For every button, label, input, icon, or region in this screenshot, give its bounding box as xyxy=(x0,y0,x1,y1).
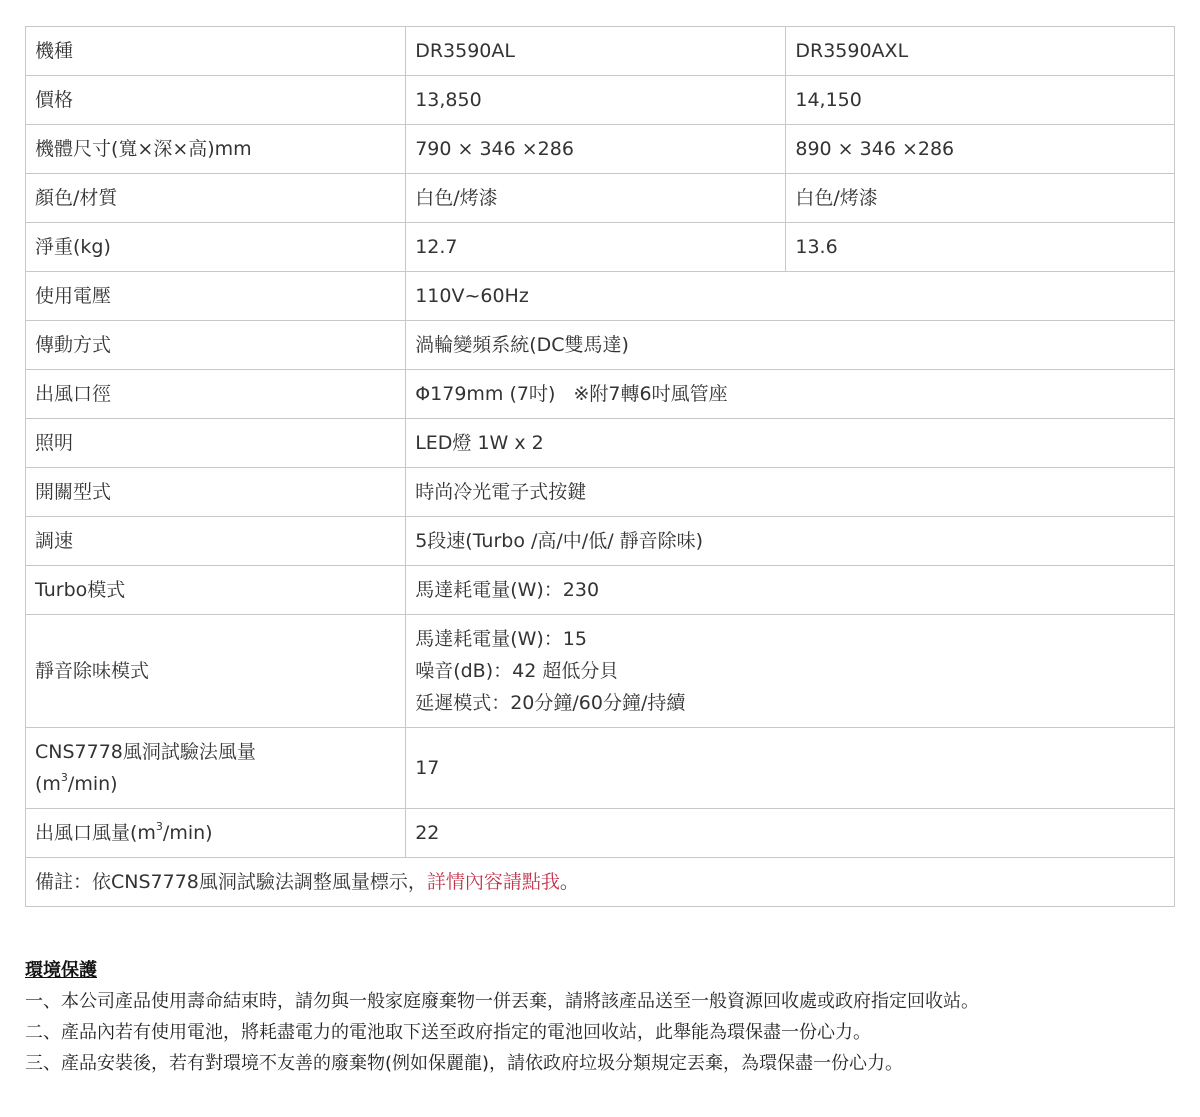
row-label: CNS7778風洞試驗法風量 (m3/min) xyxy=(26,728,406,809)
label-post: /min) xyxy=(163,822,213,844)
row-label: 開關型式 xyxy=(26,468,406,517)
price-1: 13,850 xyxy=(406,76,786,125)
outlet-diameter-value: Φ179mm (7吋) ※附7轉6吋風管座 xyxy=(406,370,1175,419)
row-turbo-mode: Turbo模式 馬達耗電量(W)：230 xyxy=(26,566,1175,615)
dimensions-1: 790 × 346 ×286 xyxy=(406,125,786,174)
row-label: 靜音除味模式 xyxy=(26,615,406,728)
model-1: DR3590AL xyxy=(406,27,786,76)
environment-section: 環境保護 一、本公司產品使用壽命結束時，請勿與一般家庭廢棄物一併丟棄，請將該產品… xyxy=(25,955,979,1079)
row-label: 淨重(kg) xyxy=(26,223,406,272)
silent-mode-value: 馬達耗電量(W)：15 噪音(dB)：42 超低分貝 延遲模式：20分鐘/60分… xyxy=(406,615,1175,728)
row-model: 機種 DR3590AL DR3590AXL xyxy=(26,27,1175,76)
unit-sup: 3 xyxy=(61,771,68,784)
row-drive: 傳動方式 渦輪變頻系統(DC雙馬達) xyxy=(26,321,1175,370)
row-note: 備註：依CNS7778風洞試驗法調整風量標示，詳情內容請點我。 xyxy=(26,858,1175,907)
silent-mode-line: 馬達耗電量(W)：15 xyxy=(415,623,1165,655)
row-price: 價格 13,850 14,150 xyxy=(26,76,1175,125)
unit-post: /min) xyxy=(68,773,118,795)
row-label: 出風口徑 xyxy=(26,370,406,419)
outlet-airflow-value: 22 xyxy=(406,809,1175,858)
row-label: 顏色/材質 xyxy=(26,174,406,223)
note-text: 備註：依CNS7778風洞試驗法調整風量標示， xyxy=(35,871,427,893)
note-cell: 備註：依CNS7778風洞試驗法調整風量標示，詳情內容請點我。 xyxy=(26,858,1175,907)
row-speed: 調速 5段速(Turbo /高/中/低/ 靜音除味) xyxy=(26,517,1175,566)
row-voltage: 使用電壓 110V~60Hz xyxy=(26,272,1175,321)
row-lighting: 照明 LED燈 1W x 2 xyxy=(26,419,1175,468)
model-2: DR3590AXL xyxy=(786,27,1175,76)
lighting-value: LED燈 1W x 2 xyxy=(406,419,1175,468)
row-label: 使用電壓 xyxy=(26,272,406,321)
row-silent-mode: 靜音除味模式 馬達耗電量(W)：15 噪音(dB)：42 超低分貝 延遲模式：2… xyxy=(26,615,1175,728)
speed-value: 5段速(Turbo /高/中/低/ 靜音除味) xyxy=(406,517,1175,566)
silent-mode-line: 噪音(dB)：42 超低分貝 xyxy=(415,655,1165,687)
turbo-mode-value: 馬達耗電量(W)：230 xyxy=(406,566,1175,615)
net-weight-1: 12.7 xyxy=(406,223,786,272)
row-label: 傳動方式 xyxy=(26,321,406,370)
row-label: 照明 xyxy=(26,419,406,468)
silent-mode-line: 延遲模式：20分鐘/60分鐘/持續 xyxy=(415,687,1165,719)
row-net-weight: 淨重(kg) 12.7 13.6 xyxy=(26,223,1175,272)
cns-airflow-value: 17 xyxy=(406,728,1175,809)
row-label: 價格 xyxy=(26,76,406,125)
row-color-material: 顏色/材質 白色/烤漆 白色/烤漆 xyxy=(26,174,1175,223)
environment-title: 環境保護 xyxy=(25,955,979,986)
environment-line: 二、產品內若有使用電池，將耗盡電力的電池取下送至政府指定的電池回收站，此舉能為環… xyxy=(25,1017,979,1048)
color-material-1: 白色/烤漆 xyxy=(406,174,786,223)
row-cns-airflow: CNS7778風洞試驗法風量 (m3/min) 17 xyxy=(26,728,1175,809)
row-label: Turbo模式 xyxy=(26,566,406,615)
environment-line: 一、本公司產品使用壽命結束時，請勿與一般家庭廢棄物一併丟棄，請將該產品送至一般資… xyxy=(25,986,979,1017)
label-sup: 3 xyxy=(156,820,163,833)
switch-type-value: 時尚冷光電子式按鍵 xyxy=(406,468,1175,517)
note-suffix: 。 xyxy=(560,871,579,893)
drive-value: 渦輪變頻系統(DC雙馬達) xyxy=(406,321,1175,370)
dimensions-2: 890 × 346 ×286 xyxy=(786,125,1175,174)
color-material-2: 白色/烤漆 xyxy=(786,174,1175,223)
price-2: 14,150 xyxy=(786,76,1175,125)
cns-label-line1: CNS7778風洞試驗法風量 xyxy=(35,736,396,768)
label-pre: 出風口風量(m xyxy=(35,822,156,844)
row-label: 機體尺寸(寬×深×高)mm xyxy=(26,125,406,174)
row-label: 出風口風量(m3/min) xyxy=(26,809,406,858)
unit-pre: (m xyxy=(35,773,61,795)
net-weight-2: 13.6 xyxy=(786,223,1175,272)
environment-line: 三、產品安裝後，若有對環境不友善的廢棄物(例如保麗龍)，請依政府垃圾分類規定丟棄… xyxy=(25,1048,979,1079)
row-dimensions: 機體尺寸(寬×深×高)mm 790 × 346 ×286 890 × 346 ×… xyxy=(26,125,1175,174)
row-label: 調速 xyxy=(26,517,406,566)
voltage-value: 110V~60Hz xyxy=(406,272,1175,321)
details-link[interactable]: 詳情內容請點我 xyxy=(427,871,560,893)
spec-table: 機種 DR3590AL DR3590AXL 價格 13,850 14,150 機… xyxy=(25,26,1175,907)
row-label: 機種 xyxy=(26,27,406,76)
row-outlet-airflow: 出風口風量(m3/min) 22 xyxy=(26,809,1175,858)
row-switch-type: 開關型式 時尚冷光電子式按鍵 xyxy=(26,468,1175,517)
cns-label-unit: (m3/min) xyxy=(35,768,396,800)
row-outlet-diameter: 出風口徑 Φ179mm (7吋) ※附7轉6吋風管座 xyxy=(26,370,1175,419)
